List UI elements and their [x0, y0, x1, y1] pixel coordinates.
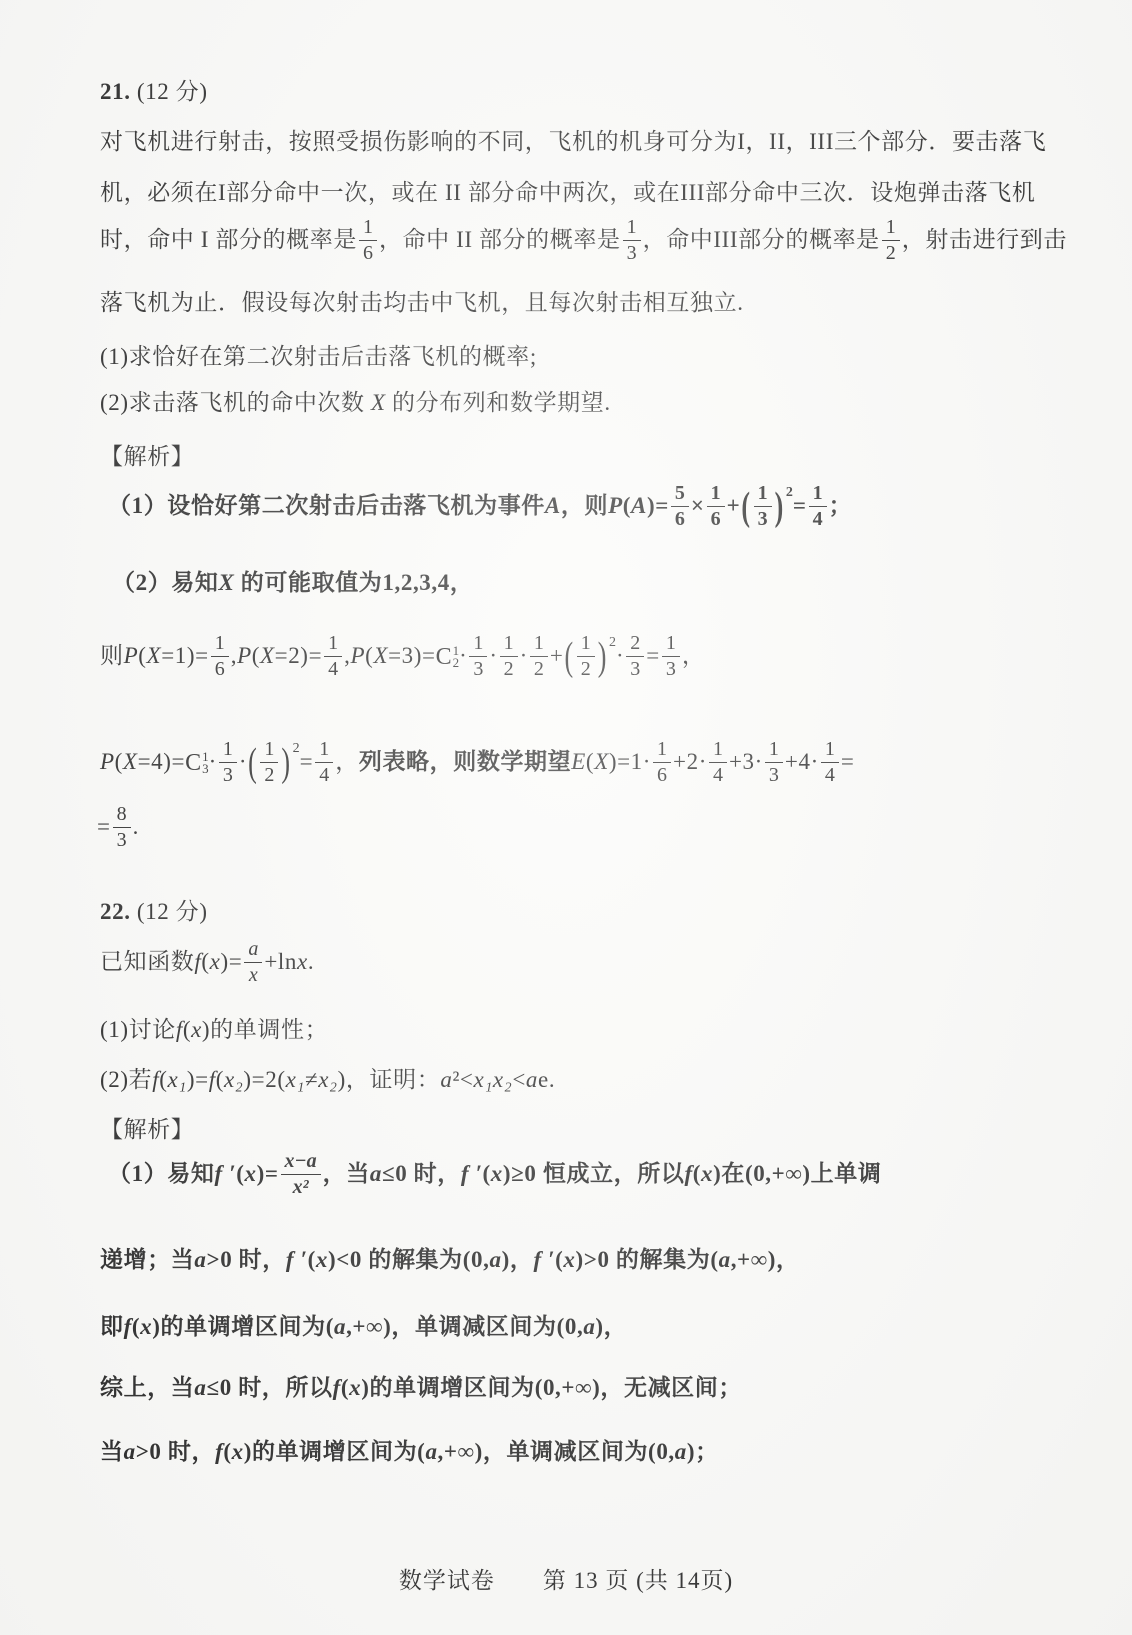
q21-stem-line-2: 机，必须在I部分命中一次，或在 II 部分命中两次，或在III部分命中三次．设炮… [100, 178, 1035, 208]
fraction: 14 [821, 738, 839, 787]
combination-symbol: C12 [436, 642, 460, 672]
exponent: 2 [786, 485, 793, 500]
sol21-step2: （2）易知X 的可能取值为1,2,3,4， [112, 568, 473, 598]
fraction: 83 [113, 803, 131, 852]
big-paren: ( [247, 742, 258, 782]
fraction: 12 [530, 632, 548, 681]
fraction: 14 [809, 482, 827, 531]
analysis-label-21: 【解析】 [100, 442, 194, 472]
fraction: 56 [671, 482, 689, 531]
q22-number: 22. (12 分) [100, 897, 208, 927]
fraction: 16 [707, 482, 725, 531]
sol21-step4: P(X=4)=C13·13·(12)2=14，列表略，则数学期望E(X)=1·1… [100, 739, 854, 788]
sol22-line5: 当a>0 时，f(x)的单调增区间为(a,+∞)，单调减区间为(0,a)； [100, 1437, 719, 1467]
fraction: ax [244, 938, 262, 987]
big-paren: ) [774, 486, 785, 526]
document-content: 21. (12 分)对飞机进行射击，按照受损伤影响的不同，飞机的机身可分为I，I… [0, 0, 1132, 1635]
analysis-label-22: 【解析】 [100, 1115, 194, 1145]
q21-number: 21. (12 分) [100, 77, 208, 107]
big-paren: ( [564, 636, 575, 676]
fraction: 23 [626, 632, 644, 681]
fraction: 13 [662, 632, 680, 681]
combination-symbol: C13 [185, 748, 209, 778]
big-paren: ( [740, 486, 751, 526]
fraction: 12 [882, 216, 900, 265]
fraction: 12 [577, 632, 595, 681]
fraction: 14 [709, 738, 727, 787]
q22-function: 已知函数f(x)=ax+lnx. [100, 939, 314, 988]
fraction: 13 [219, 738, 237, 787]
q21-stem-line-4: 落飞机为止．假设每次射击均击中飞机，且每次射击相互独立. [100, 288, 744, 318]
sol22-line2: 递增；当a>0 时，f ′(x)<0 的解集为(0,a)，f ′(x)>0 的解… [100, 1245, 800, 1275]
page-footer: 数学试卷 第 13 页 (共 14页) [0, 1566, 1132, 1596]
fraction: 14 [324, 632, 342, 681]
fraction: 12 [260, 738, 278, 787]
sol21-result: =83. [97, 804, 139, 853]
exam-page: 21. (12 分)对飞机进行射击，按照受损伤影响的不同，飞机的机身可分为I，I… [0, 0, 1132, 1635]
q22-part2: (2)若f(x₁)=f(x₂)=2(x₁≠x₂)，证明：a²<x₁x₂<ae. [100, 1065, 555, 1095]
fraction: 13 [623, 216, 641, 265]
q21-part1: (1)求恰好在第二次射击后击落飞机的概率; [100, 342, 537, 372]
fraction: 13 [754, 482, 772, 531]
fraction: 16 [653, 738, 671, 787]
fraction: 12 [500, 632, 518, 681]
q21-stem-line-1: 对飞机进行射击，按照受损伤影响的不同，飞机的机身可分为I，II，III三个部分．… [100, 127, 1046, 157]
q21-part2: (2)求击落飞机的命中次数 X 的分布列和数学期望. [100, 388, 611, 418]
fraction: x−ax² [281, 1150, 321, 1199]
q22-part1: (1)讨论f(x)的单调性； [100, 1015, 328, 1045]
q21-stem-line-3: 时，命中 I 部分的概率是16，命中 II 部分的概率是13，命中III部分的概… [100, 217, 1067, 266]
sol21-step1: （1）设恰好第二次射击后击落飞机为事件A，则P(A)=56×16+(13)2=1… [108, 483, 852, 532]
sol22-line3: 即f(x)的单调增区间为(a,+∞)，单调减区间为(0,a)， [100, 1312, 627, 1342]
big-paren: ) [280, 742, 291, 782]
fraction: 14 [315, 738, 333, 787]
fraction: 16 [211, 632, 229, 681]
sol21-step3: 则P(X=1)=16,P(X=2)=14,P(X=3)=C12·13·12·12… [100, 633, 705, 682]
exponent: 2 [609, 635, 616, 650]
big-paren: ) [597, 636, 608, 676]
fraction: 13 [765, 738, 783, 787]
fraction: 16 [359, 216, 377, 265]
fraction: 13 [469, 632, 487, 681]
sol22-line1: （1）易知f ′(x)=x−ax²，当a≤0 时，f ′(x)≥0 恒成立，所以… [108, 1151, 881, 1200]
sol22-line4: 综上，当a≤0 时，所以f(x)的单调增区间为(0,+∞)，无减区间； [100, 1373, 742, 1403]
exponent: 2 [293, 741, 300, 756]
